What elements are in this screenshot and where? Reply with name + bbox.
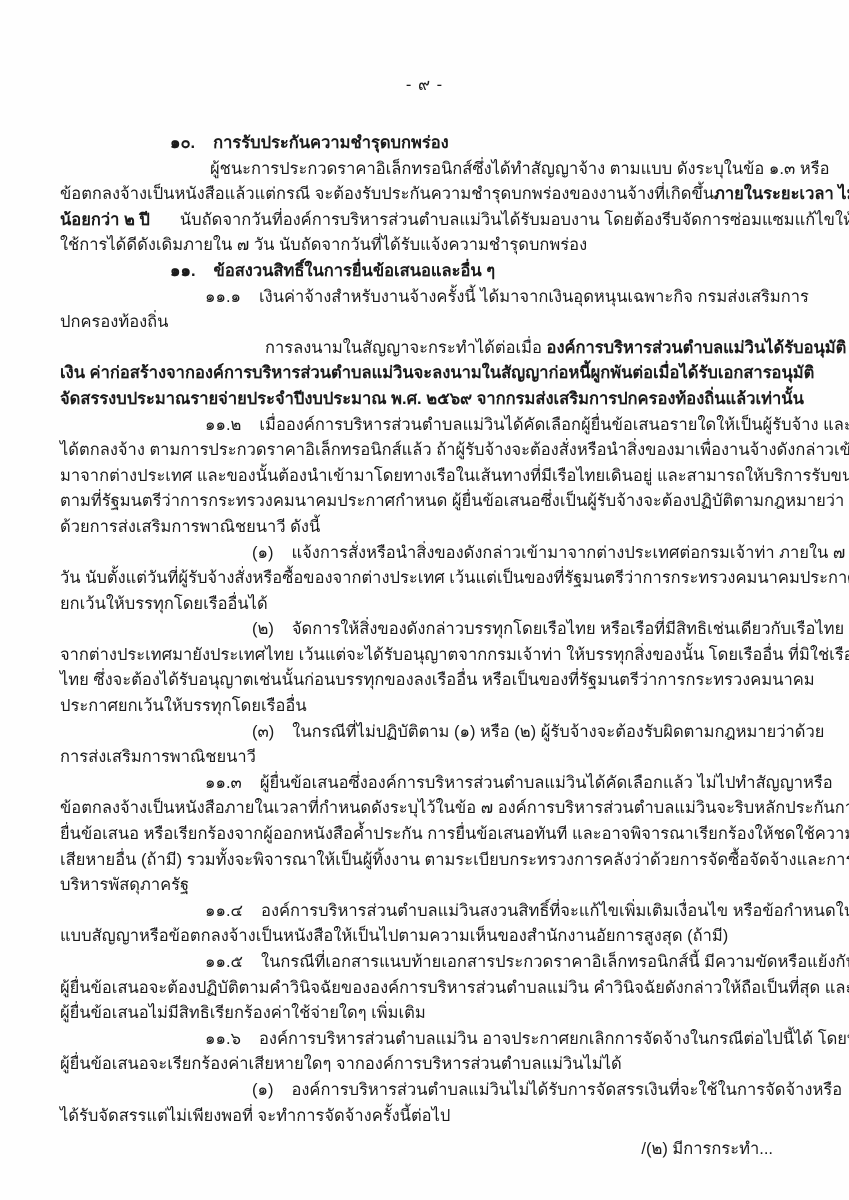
- text-segment: จากต่างประเทศมายังประเทศไทย เว้นแต่จะได้…: [60, 646, 849, 664]
- section-10-heading: ๑๐.การรับประกันความชำรุดบกพร่อง: [60, 131, 831, 157]
- text-segment: เมื่อองค์การบริหารส่วนตำบลแม่วินได้คัดเล…: [259, 416, 849, 434]
- section-10-paragraph-line: ผู้ชนะการประกวดราคาอิเล็กทรอนิกส์ซึ่งได้…: [60, 157, 831, 183]
- text-segment: ผู้ยื่นข้อเสนอจะต้องปฏิบัติตามคำวินิจฉัย…: [60, 979, 849, 997]
- subclause-11-2-1: (๑)แจ้งการสั่งหรือนำสิ่งของดังกล่าวเข้าม…: [60, 541, 831, 618]
- subclause-11-2-3-line: (๓)ในกรณีที่ไม่ปฏิบัติตาม (๑) หรือ (๒) ผ…: [60, 720, 831, 746]
- text-segment: วัน นับตั้งแต่วันที่ผู้รับจ้างสั่งหรือซื…: [60, 569, 849, 587]
- subclause-11-2-2-line: ไทย ซึ่งจะต้องได้รับอนุญาตเช่นนั้นก่อนบร…: [60, 668, 831, 694]
- text-segment: จัดสรรงบประมาณรายจ่ายประจำปีงบประมาณ พ.ศ…: [60, 390, 804, 408]
- section-10-paragraph-line: น้อยกว่า ๒ ปีนับถัดจากวันที่องค์การบริหา…: [60, 208, 831, 234]
- subclause-11-2-3-line: การส่งเสริมการพาณิชยนาวี: [60, 745, 831, 771]
- text-segment: ด้วยการส่งเสริมการพาณิชยนาวี ดังนี้: [60, 518, 320, 536]
- section-11-heading-line: ๑๑.ข้อสงวนสิทธิ์ในการยื่นข้อเสนอและอื่น …: [60, 259, 831, 285]
- text-segment: องค์การบริหารส่วนตำบลแม่วินสงวนสิทธิ์ที่…: [261, 902, 849, 920]
- text-segment: การลงนามในสัญญาจะกระทำได้ต่อเมื่อ: [265, 339, 547, 357]
- contract-signing-note-line: เงิน ค่าก่อสร้างจากองค์การบริหารส่วนตำบล…: [60, 361, 831, 387]
- text-segment: (๓): [252, 723, 274, 741]
- subclause-11-2-1-line: วัน นับตั้งแต่วันที่ผู้รับจ้างสั่งหรือซื…: [60, 566, 831, 592]
- clause-11-5-line: ๑๑.๕ในกรณีที่เอกสารแนบท้ายเอกสารประกวดรา…: [60, 950, 831, 976]
- subclause-11-6-1-line: ได้รับจัดสรรแต่ไม่เพียงพอที่ จะทำการจัดจ…: [60, 1104, 831, 1130]
- text-segment: จัดการให้สิ่งของดังกล่าวบรรทุกโดยเรือไทย…: [292, 620, 844, 638]
- text-segment: ๑๑.๕: [205, 953, 243, 971]
- section-11-heading: ๑๑.ข้อสงวนสิทธิ์ในการยื่นข้อเสนอและอื่น …: [60, 259, 831, 285]
- text-segment: ยกเว้นให้บรรทุกโดยเรืออื่นได้: [60, 595, 268, 613]
- clause-11-6-line: ๑๑.๖องค์การบริหารส่วนตำบลแม่วิน อาจประกา…: [60, 1027, 831, 1053]
- clause-11-5: ๑๑.๕ในกรณีที่เอกสารแนบท้ายเอกสารประกวดรา…: [60, 950, 831, 1027]
- clause-11-2: ๑๑.๒เมื่อองค์การบริหารส่วนตำบลแม่วินได้ค…: [60, 413, 831, 541]
- text-segment: ข้อสงวนสิทธิ์ในการยื่นข้อเสนอและอื่น ๆ: [214, 262, 496, 280]
- clause-11-6-line: ผู้ยื่นข้อเสนอจะเรียกร้องค่าเสียหายใดๆ จ…: [60, 1052, 831, 1078]
- clause-11-3-line: ยื่นข้อเสนอ หรือเรียกร้องจากผู้ออกหนังสื…: [60, 822, 831, 848]
- contract-signing-note-line: การลงนามในสัญญาจะกระทำได้ต่อเมื่อ องค์กา…: [60, 336, 831, 362]
- text-segment: ๑๑.๖: [205, 1030, 241, 1048]
- text-segment: การรับประกันความชำรุดบกพร่อง: [213, 134, 449, 152]
- clause-11-2-line: ด้วยการส่งเสริมการพาณิชยนาวี ดังนี้: [60, 515, 831, 541]
- subclause-11-2-2-line: จากต่างประเทศมายังประเทศไทย เว้นแต่จะได้…: [60, 643, 831, 669]
- subclause-11-2-2-line: ประกาศยกเว้นให้บรรทุกโดยเรืออื่น: [60, 694, 831, 720]
- text-segment: ๑๑.๔: [205, 902, 243, 920]
- contract-signing-note-line: จัดสรรงบประมาณรายจ่ายประจำปีงบประมาณ พ.ศ…: [60, 387, 831, 413]
- text-segment: ผู้ยื่นข้อเสนอซึ่งองค์การบริหารส่วนตำบลแ…: [260, 774, 833, 792]
- clause-11-1: ๑๑.๑เงินค่าจ้างสำหรับงานจ้างครั้งนี้ ได้…: [60, 285, 831, 336]
- clause-11-5-line: ผู้ยื่นข้อเสนอจะต้องปฏิบัติตามคำวินิจฉัย…: [60, 976, 831, 1002]
- contract-signing-note: การลงนามในสัญญาจะกระทำได้ต่อเมื่อ องค์กา…: [60, 336, 831, 413]
- text-segment: แจ้งการสั่งหรือนำสิ่งของดังกล่าวเข้ามาจา…: [291, 544, 845, 562]
- text-segment: แบบสัญญาหรือข้อตกลงจ้างเป็นหนังสือให้เป็…: [60, 927, 728, 945]
- continuation-note: /(๒) มีการกระทำ...: [641, 1136, 773, 1162]
- text-segment: ผู้ยื่นข้อเสนอจะเรียกร้องค่าเสียหายใดๆ จ…: [60, 1055, 622, 1073]
- text-segment: ผู้ชนะการประกวดราคาอิเล็กทรอนิกส์ซึ่งได้…: [210, 160, 829, 178]
- text-segment: เงินค่าจ้างสำหรับงานจ้างครั้งนี้ ได้มาจา…: [259, 288, 809, 306]
- clause-11-3: ๑๑.๓ผู้ยื่นข้อเสนอซึ่งองค์การบริหารส่วนต…: [60, 771, 831, 899]
- text-segment: องค์การบริหารส่วนตำบลแม่วินไม่ได้รับการจ…: [291, 1081, 842, 1099]
- section-10-paragraph-line: ข้อตกลงจ้างเป็นหนังสือแล้วแต่กรณี จะต้อง…: [60, 182, 831, 208]
- clause-11-3-line: ๑๑.๓ผู้ยื่นข้อเสนอซึ่งองค์การบริหารส่วนต…: [60, 771, 831, 797]
- text-segment: การส่งเสริมการพาณิชยนาวี: [60, 748, 256, 766]
- subclause-11-2-2: (๒)จัดการให้สิ่งของดังกล่าวบรรทุกโดยเรือ…: [60, 617, 831, 719]
- text-segment: (๑): [252, 544, 273, 562]
- clause-11-2-line: ตามที่รัฐมนตรีว่าการกระทรวงคมนาคมประกาศก…: [60, 489, 831, 515]
- text-segment: ๑๐.: [170, 134, 195, 152]
- subclause-11-6-1: (๑)องค์การบริหารส่วนตำบลแม่วินไม่ได้รับก…: [60, 1078, 831, 1129]
- text-segment: มาจากต่างประเทศ และของนั้นต้องนำเข้ามาโด…: [60, 467, 849, 485]
- clause-11-4-line: แบบสัญญาหรือข้อตกลงจ้างเป็นหนังสือให้เป็…: [60, 924, 831, 950]
- subclause-11-2-3: (๓)ในกรณีที่ไม่ปฏิบัติตาม (๑) หรือ (๒) ผ…: [60, 720, 831, 771]
- text-segment: ในกรณีที่ไม่ปฏิบัติตาม (๑) หรือ (๒) ผู้ร…: [292, 723, 824, 741]
- clause-11-2-line: มาจากต่างประเทศ และของนั้นต้องนำเข้ามาโด…: [60, 464, 831, 490]
- text-segment: ข้อตกลงจ้างเป็นหนังสือภายในเวลาที่กำหนดด…: [60, 799, 849, 817]
- subclause-11-2-1-line: ยกเว้นให้บรรทุกโดยเรืออื่นได้: [60, 592, 831, 618]
- text-segment: ๑๑.๒: [205, 416, 241, 434]
- text-segment: องค์การบริหารส่วนตำบลแม่วิน อาจประกาศยกเ…: [259, 1030, 849, 1048]
- document-page: - ๙ - ๑๐.การรับประกันความชำรุดบกพร่องผู้…: [0, 0, 849, 1200]
- text-segment: ปกครองท้องถิ่น: [60, 313, 168, 331]
- page-number: - ๙ -: [0, 72, 849, 98]
- clause-11-1-line: ๑๑.๑เงินค่าจ้างสำหรับงานจ้างครั้งนี้ ได้…: [60, 285, 831, 311]
- clause-11-2-line: ๑๑.๒เมื่อองค์การบริหารส่วนตำบลแม่วินได้ค…: [60, 413, 831, 439]
- section-10-heading-line: ๑๐.การรับประกันความชำรุดบกพร่อง: [60, 131, 831, 157]
- text-segment: ประกาศยกเว้นให้บรรทุกโดยเรืออื่น: [60, 697, 307, 715]
- text-segment: นับถัดจากวันที่องค์การบริหารส่วนตำบลแม่ว…: [180, 211, 849, 229]
- text-segment: ๑๑.๓: [205, 774, 242, 792]
- text-segment: ได้รับจัดสรรแต่ไม่เพียงพอที่ จะทำการจัดจ…: [60, 1107, 450, 1125]
- clause-11-3-line: บริหารพัสดุภาครัฐ: [60, 873, 831, 899]
- text-segment: ใช้การได้ดีดังเดิมภายใน ๗ วัน นับถัดจากว…: [60, 236, 587, 254]
- text-segment: ผู้ยื่นข้อเสนอไม่มีสิทธิเรียกร้องค่าใช้จ…: [60, 1004, 426, 1022]
- text-segment: ข้อตกลงจ้างเป็นหนังสือแล้วแต่กรณี จะต้อง…: [60, 185, 714, 203]
- subclause-11-2-1-line: (๑)แจ้งการสั่งหรือนำสิ่งของดังกล่าวเข้าม…: [60, 541, 831, 567]
- text-segment: น้อยกว่า ๒ ปี: [60, 211, 150, 229]
- clause-11-3-line: เสียหายอื่น (ถ้ามี) รวมทั้งจะพิจารณาให้เ…: [60, 848, 831, 874]
- text-segment: ๑๑.๑: [205, 288, 241, 306]
- text-segment: บริหารพัสดุภาครัฐ: [60, 876, 189, 894]
- subclause-11-2-2-line: (๒)จัดการให้สิ่งของดังกล่าวบรรทุกโดยเรือ…: [60, 617, 831, 643]
- clause-11-3-line: ข้อตกลงจ้างเป็นหนังสือภายในเวลาที่กำหนดด…: [60, 796, 831, 822]
- text-segment: เสียหายอื่น (ถ้ามี) รวมทั้งจะพิจารณาให้เ…: [60, 851, 849, 869]
- document-body: ๑๐.การรับประกันความชำรุดบกพร่องผู้ชนะการ…: [60, 131, 831, 1129]
- text-segment: ได้ตกลงจ้าง ตามการประกวดราคาอิเล็กทรอนิก…: [60, 441, 849, 459]
- section-10-paragraph-line: ใช้การได้ดีดังเดิมภายใน ๗ วัน นับถัดจากว…: [60, 233, 831, 259]
- text-segment: ภายในระยะเวลา ไม่: [714, 185, 849, 203]
- text-segment: (๑): [252, 1081, 273, 1099]
- text-segment: ยื่นข้อเสนอ หรือเรียกร้องจากผู้ออกหนังสื…: [60, 825, 849, 843]
- text-segment: องค์การบริหารส่วนตำบลแม่วินได้รับอนุมัติ: [547, 339, 847, 357]
- clause-11-1-line: ปกครองท้องถิ่น: [60, 310, 831, 336]
- clause-11-2-line: ได้ตกลงจ้าง ตามการประกวดราคาอิเล็กทรอนิก…: [60, 438, 831, 464]
- section-10-paragraph: ผู้ชนะการประกวดราคาอิเล็กทรอนิกส์ซึ่งได้…: [60, 157, 831, 259]
- text-segment: ไทย ซึ่งจะต้องได้รับอนุญาตเช่นนั้นก่อนบร…: [60, 671, 815, 689]
- clause-11-5-line: ผู้ยื่นข้อเสนอไม่มีสิทธิเรียกร้องค่าใช้จ…: [60, 1001, 831, 1027]
- text-segment: (๒): [252, 620, 274, 638]
- subclause-11-6-1-line: (๑)องค์การบริหารส่วนตำบลแม่วินไม่ได้รับก…: [60, 1078, 831, 1104]
- clause-11-4-line: ๑๑.๔องค์การบริหารส่วนตำบลแม่วินสงวนสิทธิ…: [60, 899, 831, 925]
- text-segment: ๑๑.: [170, 262, 196, 280]
- text-segment: เงิน ค่าก่อสร้างจากองค์การบริหารส่วนตำบล…: [60, 364, 814, 382]
- text-segment: ในกรณีที่เอกสารแนบท้ายเอกสารประกวดราคาอิ…: [261, 953, 849, 971]
- text-segment: ตามที่รัฐมนตรีว่าการกระทรวงคมนาคมประกาศก…: [60, 492, 844, 510]
- clause-11-4: ๑๑.๔องค์การบริหารส่วนตำบลแม่วินสงวนสิทธิ…: [60, 899, 831, 950]
- clause-11-6: ๑๑.๖องค์การบริหารส่วนตำบลแม่วิน อาจประกา…: [60, 1027, 831, 1078]
